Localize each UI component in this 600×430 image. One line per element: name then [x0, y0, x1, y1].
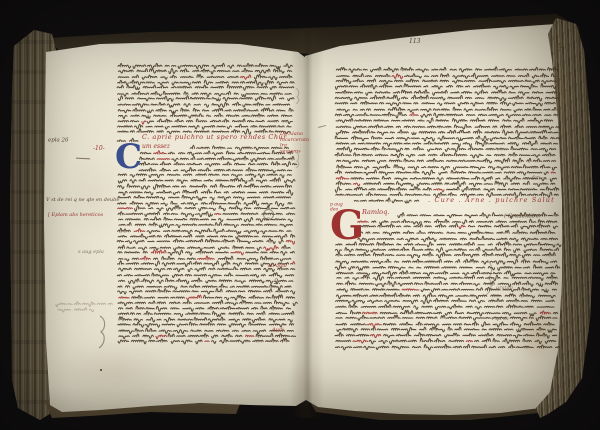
marginal-circled-letter: C — [263, 209, 274, 220]
right-initial-letter: G — [330, 206, 364, 246]
manuscript-photo: C. aprie pulchro ut spero rendes Chur C … — [0, 0, 600, 430]
scribbles-svg — [0, 0, 600, 430]
left-initial-letter: C — [115, 140, 142, 174]
